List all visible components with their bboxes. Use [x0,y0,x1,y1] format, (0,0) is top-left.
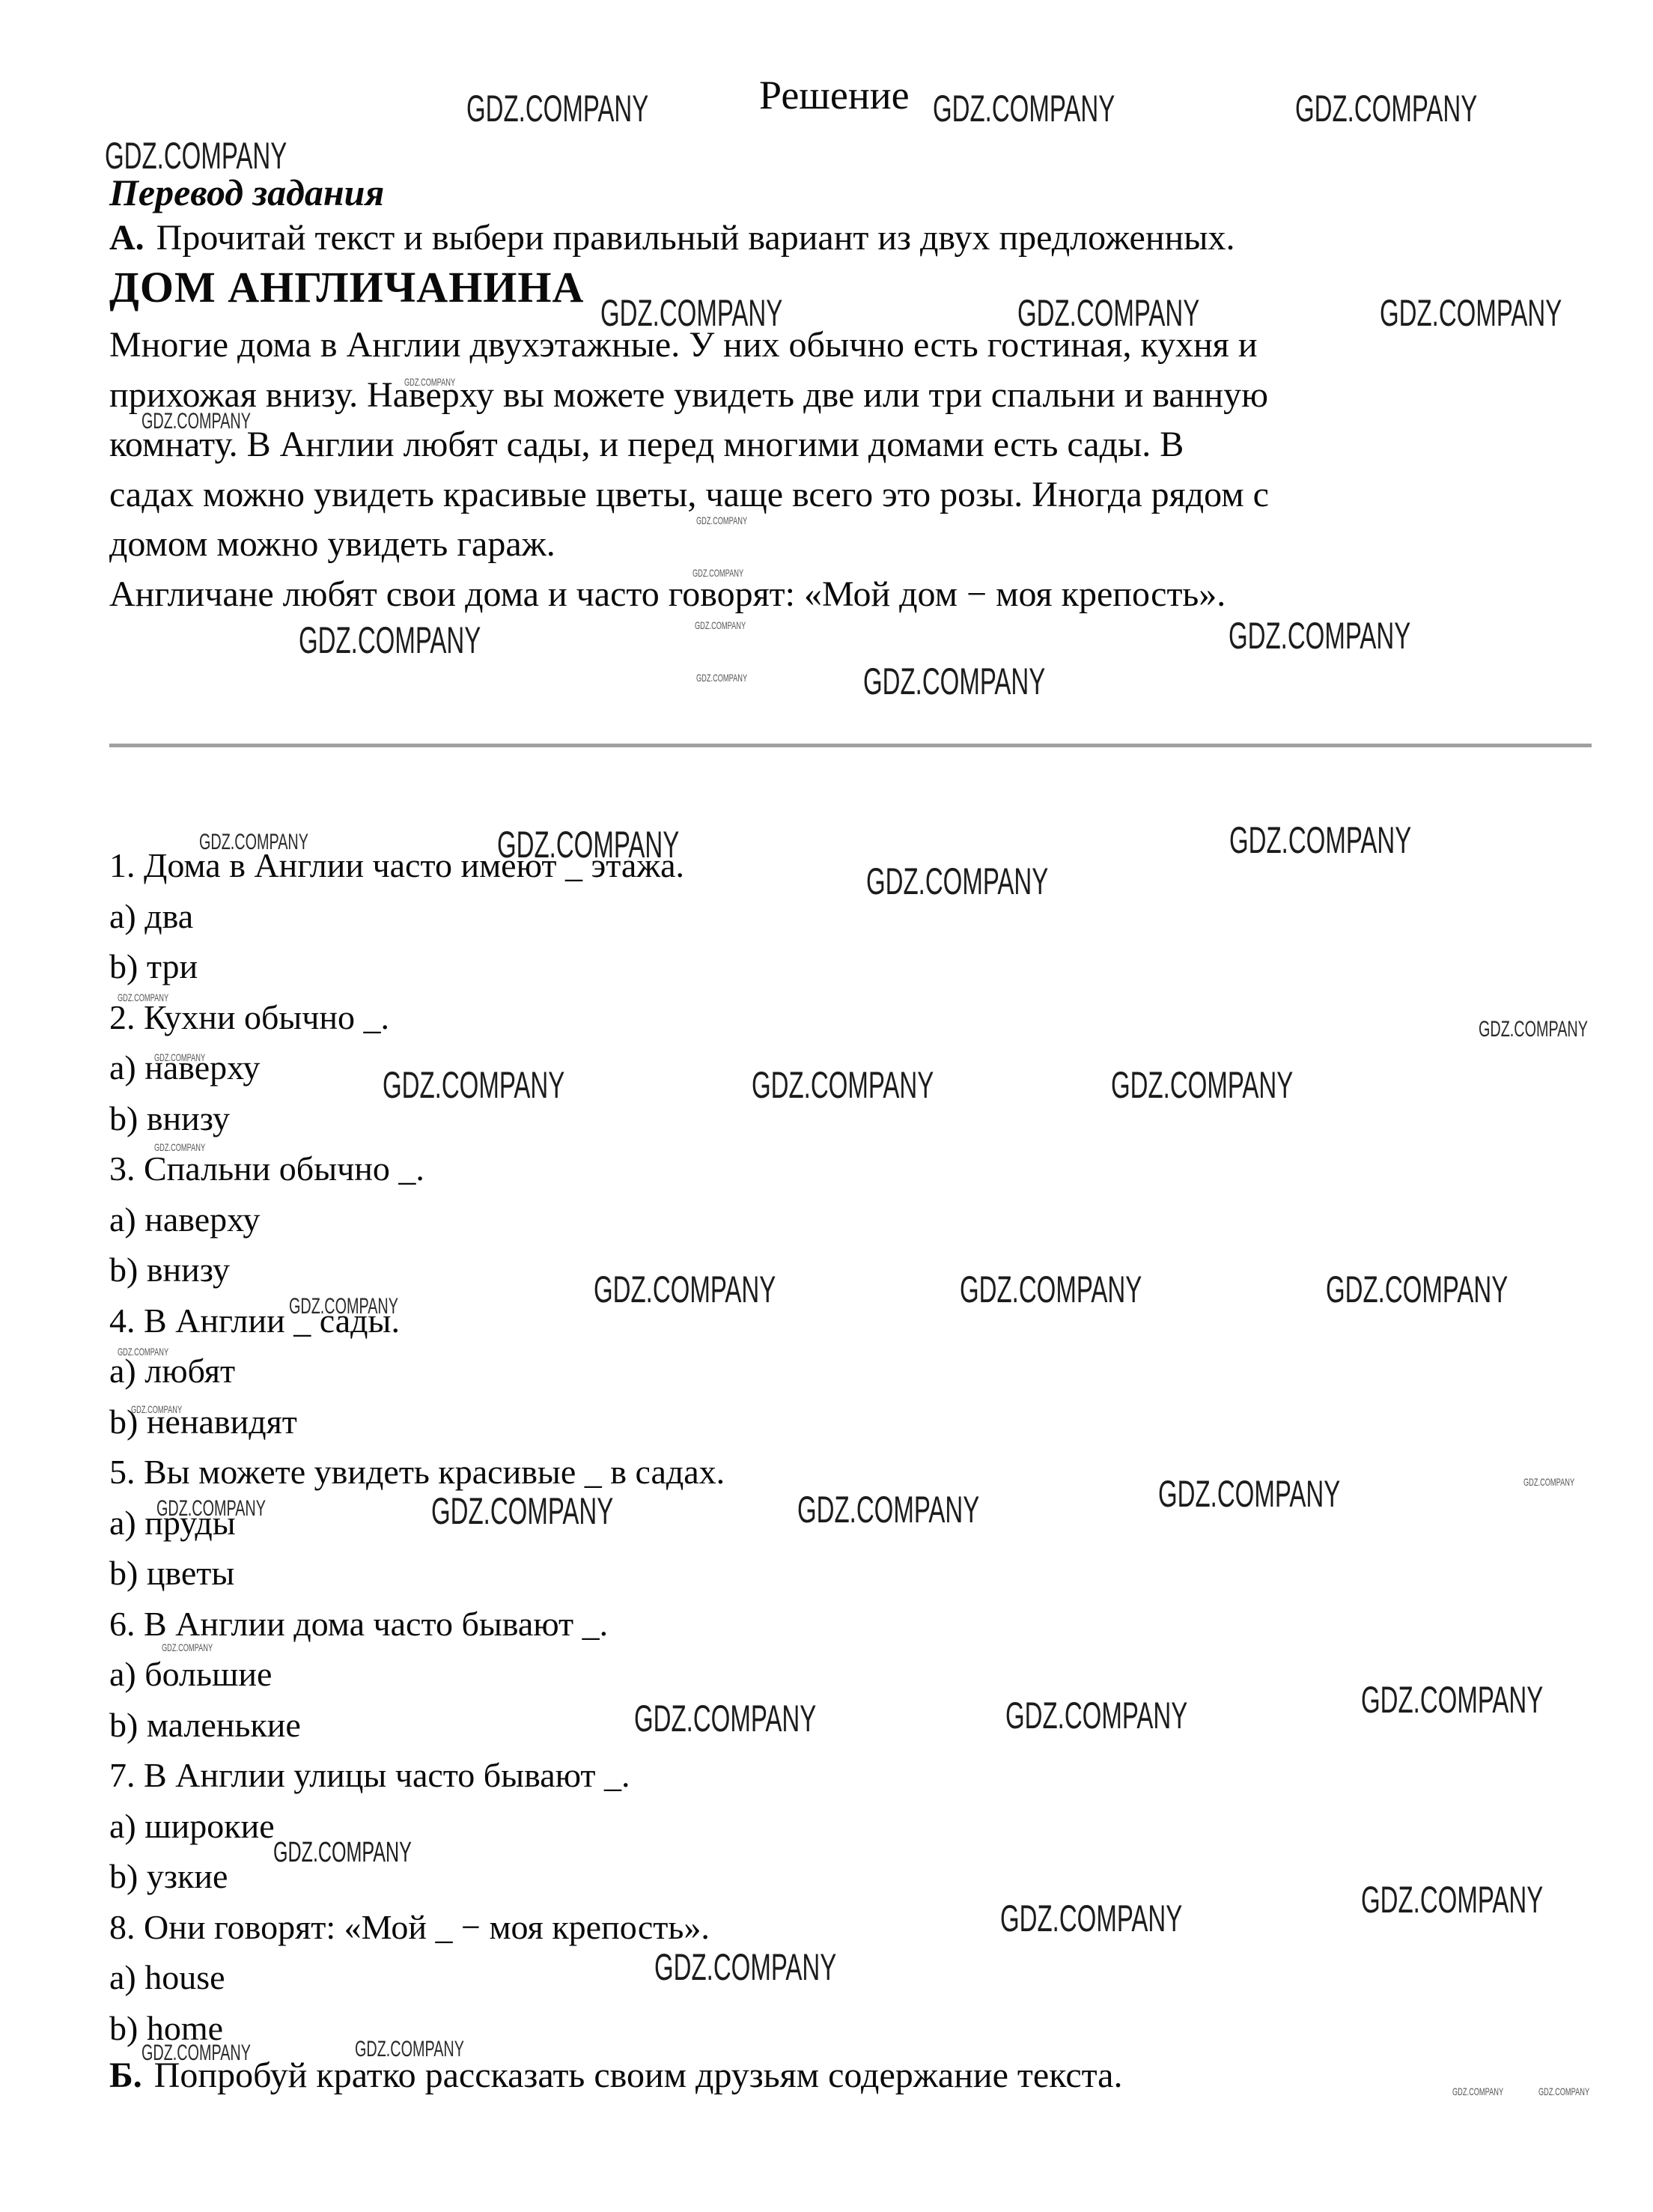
paragraph-line: прихожая внизу. Наверху вы можете увидет… [109,371,1592,421]
question-prompt: 5. Вы можете увидеть красивые _ в садах. [109,1447,1592,1498]
answer-option: b) узкие [109,1851,1592,1902]
gdz-company-watermark: GDZ.COMPANY [299,622,481,659]
task-b-text: Попробуй кратко рассказать своим друзьям… [154,2055,1123,2095]
task-a-text: Прочитай текст и выбери правильный вариа… [156,218,1235,258]
answer-option: a) большие [109,1649,1592,1700]
paragraph-line: комнату. В Англии любят сады, и перед мн… [109,420,1592,470]
section-divider [109,744,1592,747]
answer-option: a) house [109,1952,1592,2003]
gdz-company-watermark: GDZ.COMPANY [933,90,1115,127]
answer-option: a) широкие [109,1801,1592,1852]
question-prompt: 2. Кухни обычно _. [109,992,1592,1043]
question-prompt: 1. Дома в Англии часто имеют _ этажа. [109,840,1592,891]
gdz-company-watermark: GDZ.COMPANY [105,137,287,174]
answer-option: b) ненавидят [109,1397,1592,1447]
question-prompt: 6. В Англии дома часто бывают _. [109,1599,1592,1650]
paragraph-line: домом можно увидеть гараж. [109,520,1592,570]
reading-text-paragraph: Многие дома в Англии двухэтажные. У них … [109,320,1592,619]
answer-option: b) внизу [109,1245,1592,1295]
question-prompt: 8. Они говорят: «Мой _ − моя крепость». [109,1902,1592,1953]
answer-option: a) два [109,891,1592,942]
paragraph-line: садах можно увидеть красивые цветы, чаще… [109,470,1592,520]
task-a-label: А. [109,218,144,258]
answer-option: a) наверху [109,1194,1592,1245]
answer-option: b) маленькие [109,1700,1592,1751]
answer-option: b) три [109,941,1592,992]
questions-list: 1. Дома в Англии часто имеют _ этажа.a) … [109,840,1592,2053]
answer-option: a) наверху [109,1042,1592,1093]
reading-text-title: ДОМ АНГЛИЧАНИНА [109,262,584,312]
task-a-line: А.Прочитай текст и выбери правильный вар… [109,217,1235,258]
answer-option: a) пруды [109,1498,1592,1549]
task-b-line: Б.Попробуй кратко рассказать своим друзь… [109,2055,1122,2096]
gdz-company-watermark: GDZ.COMPANY [1229,617,1410,654]
gdz-company-watermark: GDZ.COMPANY [863,663,1045,700]
question-prompt: 4. В Англии _ сады. [109,1295,1592,1346]
answer-option: b) цветы [109,1548,1592,1599]
answer-option: a) любят [109,1346,1592,1397]
answer-option: b) home [109,2003,1592,2054]
answer-option: b) внизу [109,1093,1592,1144]
gdz-company-watermark: GDZ.COMPANY [1452,2086,1503,2097]
paragraph-line: Англичане любят свои дома и часто говоря… [109,570,1592,620]
gdz-company-watermark: GDZ.COMPANY [1295,90,1477,127]
document-page: GDZ.COMPANYGDZ.COMPANYGDZ.COMPANYGDZ.COM… [0,0,1653,2212]
gdz-company-watermark: GDZ.COMPANY [696,672,747,683]
gdz-company-watermark: GDZ.COMPANY [695,620,746,631]
translation-section-title: Перевод задания [109,171,384,214]
gdz-company-watermark: GDZ.COMPANY [466,90,648,127]
task-b-label: Б. [109,2055,142,2095]
paragraph-line: Многие дома в Англии двухэтажные. У них … [109,320,1592,371]
page-title: Решение [759,72,910,118]
question-prompt: 7. В Англии улицы часто бывают _. [109,1750,1592,1801]
question-prompt: 3. Спальни обычно _. [109,1143,1592,1194]
gdz-company-watermark: GDZ.COMPANY [1538,2086,1589,2097]
